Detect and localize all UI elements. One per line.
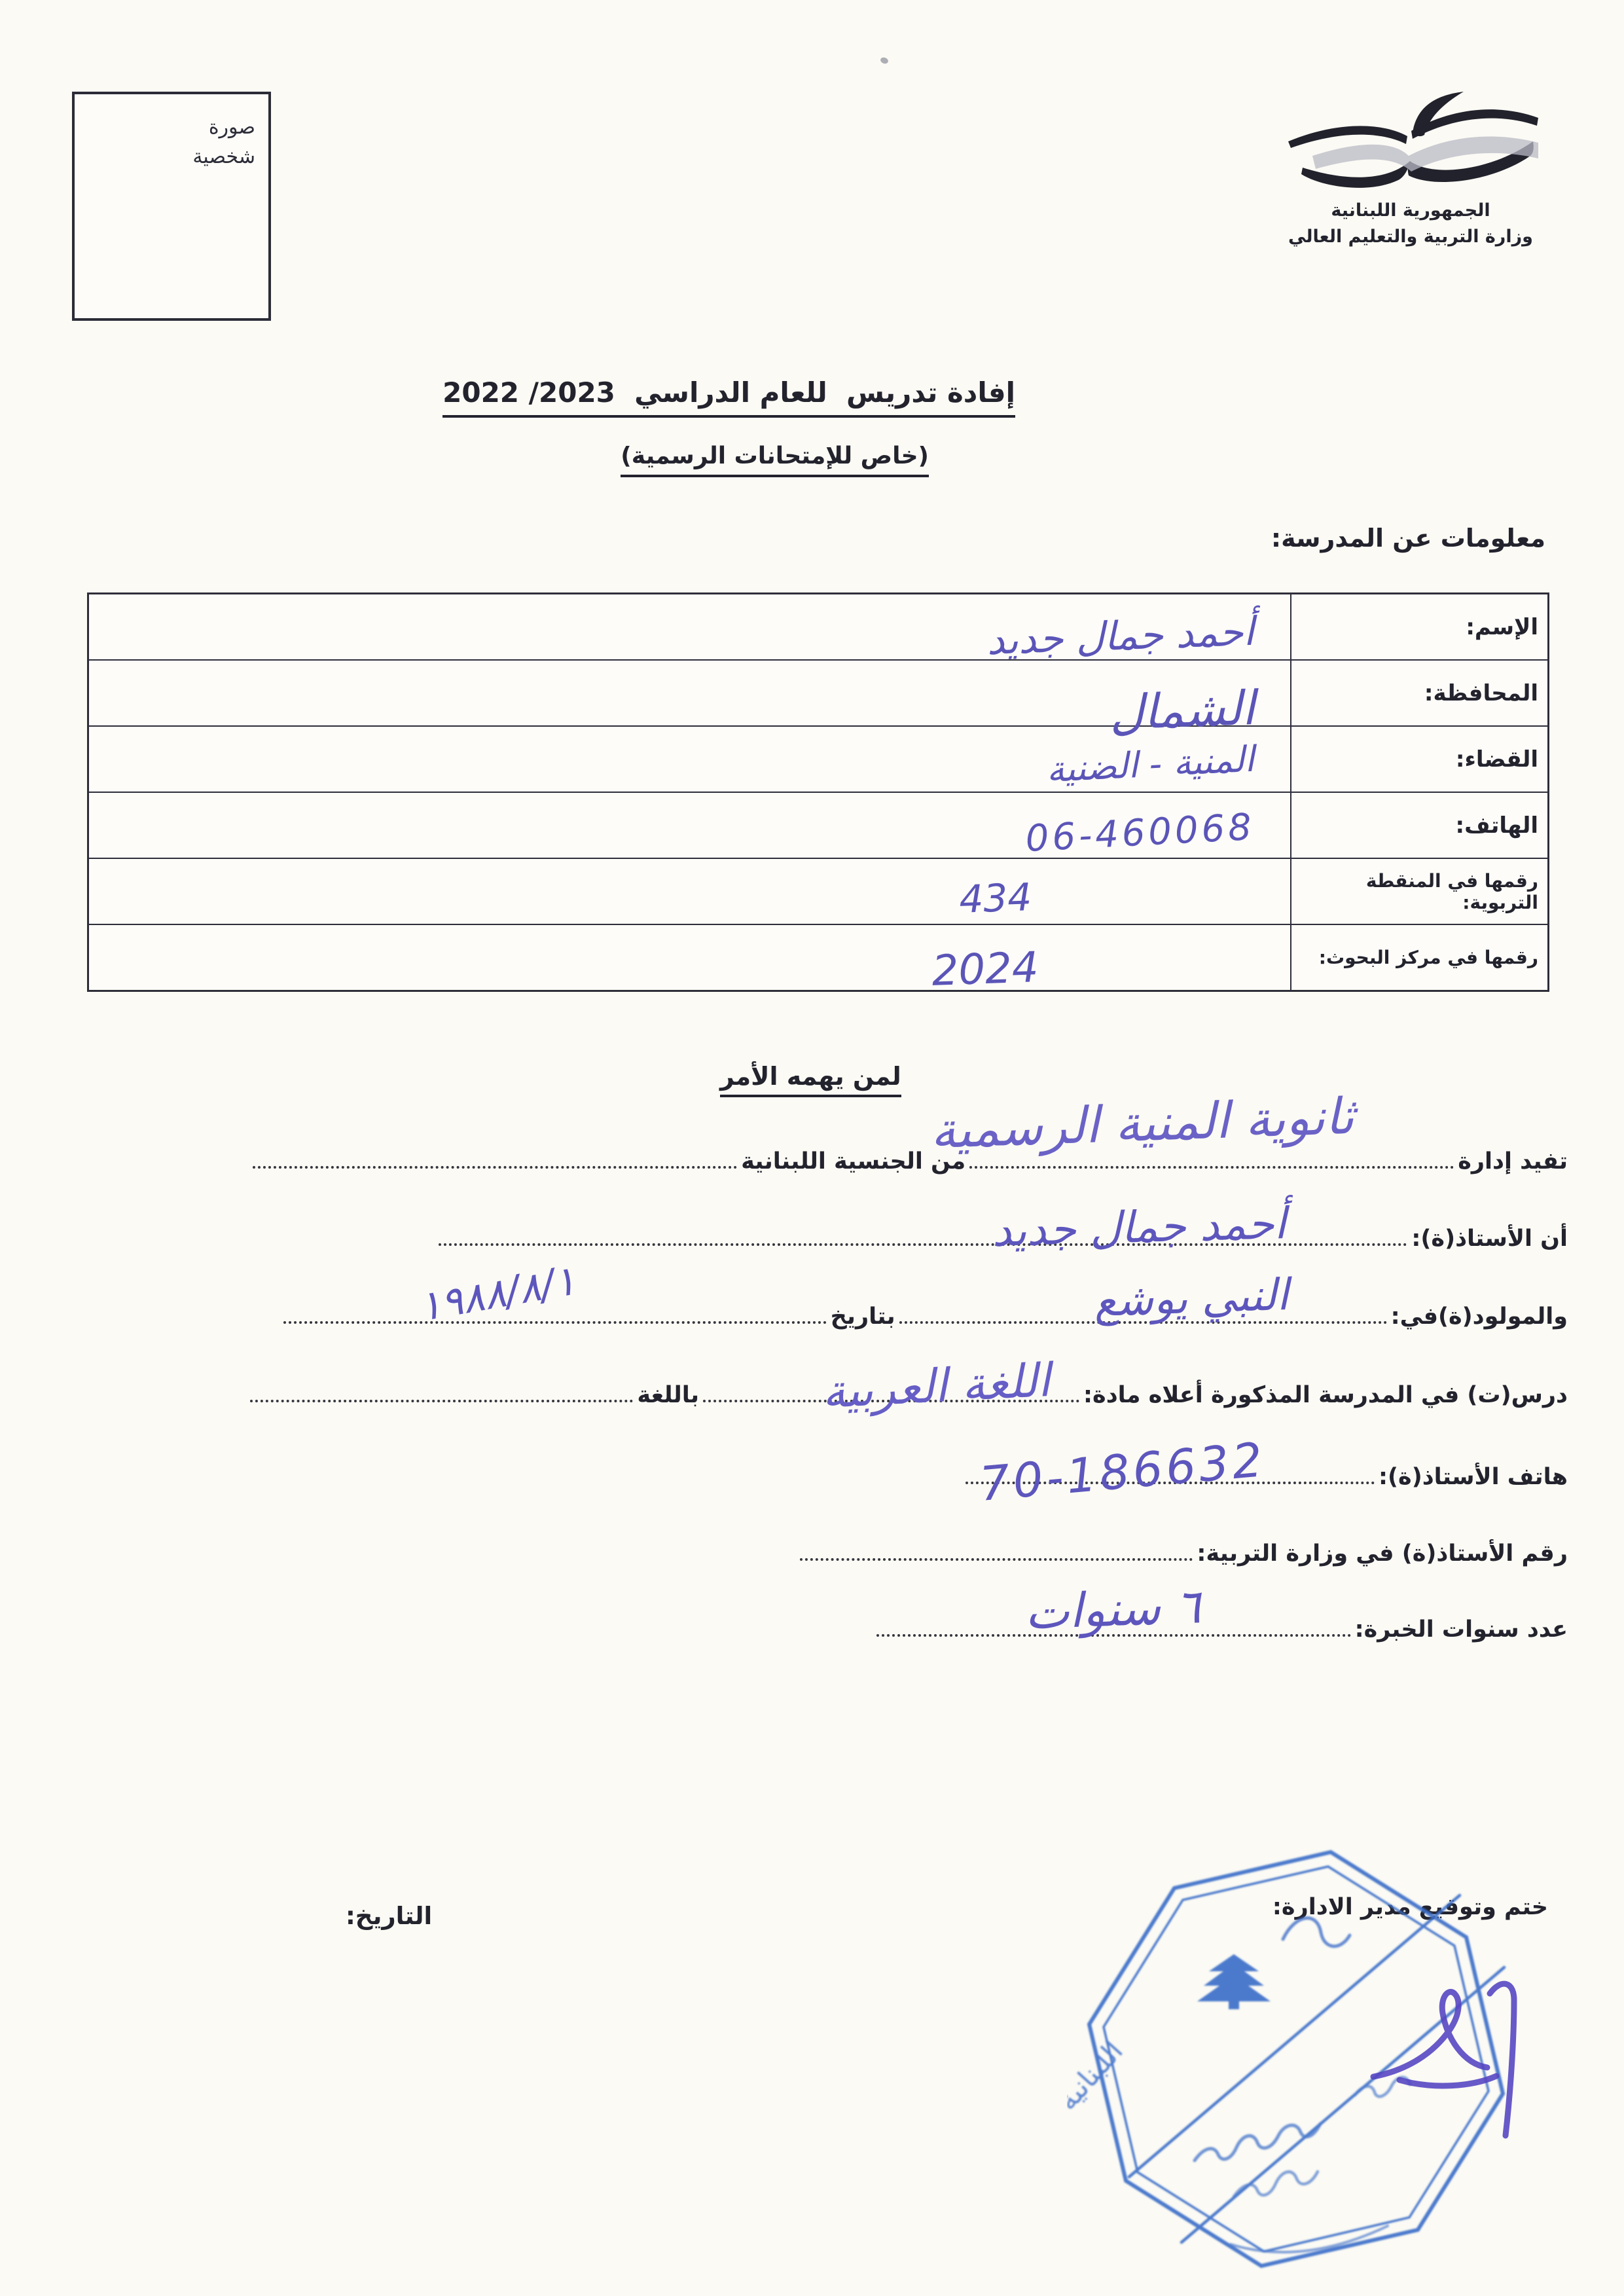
statement-pre: عدد سنوات الخبرة: [1355,1615,1568,1645]
handwritten-school-name: أحمد جمال جديد [986,611,1255,660]
cedar-icon [1197,1954,1271,2009]
row-label: الإسم: [1290,594,1547,659]
dotted-line [250,1393,633,1402]
document-page: صورة شخصية الجمهورية اللبنانية وزارة الت… [0,0,1624,2296]
statement-pre: والمولود(ة)في: [1391,1302,1568,1332]
row-label: رقمها في المنقطة التربوية: [1290,859,1547,924]
table-row-district: القضاء: المنية - الضنية [89,727,1547,793]
row-value: أحمد جمال جديد [89,594,1290,659]
row-label: المحافظة: [1290,661,1547,725]
photo-box-label-line1: صورة [192,113,255,142]
row-value: الشمال [89,661,1290,725]
handwritten-teacher-phone: 70-186632 [922,1431,1324,1513]
date-label: التاريخ: [346,1902,432,1930]
document-subtitle: (خاص للإمتحانات الرسمية) [621,443,929,477]
handwritten-district: المنية - الضنية [1045,741,1255,788]
table-row-district-number: رقمها في المنقطة التربوية: 434 [89,859,1547,925]
photo-box-label: صورة شخصية [192,113,255,172]
table-row-research-number: رقمها في مركز البحوث: 2024 [89,925,1547,990]
photo-box-label-line2: شخصية [192,142,255,172]
row-value: 06-460068 [89,793,1290,858]
statement-line-ministry-number: رقم الأستاذ(ة) في وزارة التربية: [796,1535,1568,1569]
row-value: 434 [89,859,1290,924]
open-book-icon [1276,90,1545,203]
statement-mid: بتاريخ [831,1302,895,1332]
stamp-word: اللبنانية [1067,2035,1129,2116]
statement-pre: رقم الأستاذ(ة) في وزارة التربية: [1197,1539,1568,1569]
handwritten-research-number: 2024 [931,947,1039,993]
handwritten-district-number: 434 [959,878,1033,919]
row-label: القضاء: [1290,727,1547,792]
row-label: رقمها في مركز البحوث: [1290,925,1547,990]
table-row-phone: الهاتف: 06-460068 [89,793,1547,859]
statement-mid: باللغة [637,1381,699,1411]
republic-name: الجمهورية اللبنانية [1276,200,1545,221]
statement-pre: تفيد إدارة [1458,1147,1568,1177]
dotted-line [253,1159,737,1169]
section-heading: لمن يهمه الأمر [720,1062,901,1097]
handwritten-subject: اللغة العربية [706,1351,1166,1421]
table-row-name: الإسم: أحمد جمال جديد [89,594,1547,661]
row-label: الهاتف: [1290,793,1547,858]
ministry-name: وزارة التربية والتعليم العالي [1260,227,1561,247]
row-value: 2024 [89,925,1290,990]
dotted-line [800,1552,1193,1561]
dotted-line [969,1159,1454,1169]
scan-speck [880,56,889,65]
photo-box: صورة شخصية [72,92,271,321]
handwritten-governorate: الشمال [1109,684,1255,737]
statement-pre: أن الأستاذ(ة): [1411,1224,1568,1254]
statement-pre: هاتف الأستاذ(ة): [1379,1463,1568,1493]
school-info-table: الإسم: أحمد جمال جديد المحافظة: الشمال ا… [87,592,1549,992]
document-title: إفادة تدريس للعام الدراسي 2023/ 2022 [442,376,1015,418]
school-info-heading: معلومات عن المدرسة: [1271,524,1545,553]
table-row-governorate: المحافظة: الشمال [89,661,1547,727]
handwritten-school-phone: 06-460068 [1024,809,1255,857]
director-signature [1362,1964,1545,2147]
